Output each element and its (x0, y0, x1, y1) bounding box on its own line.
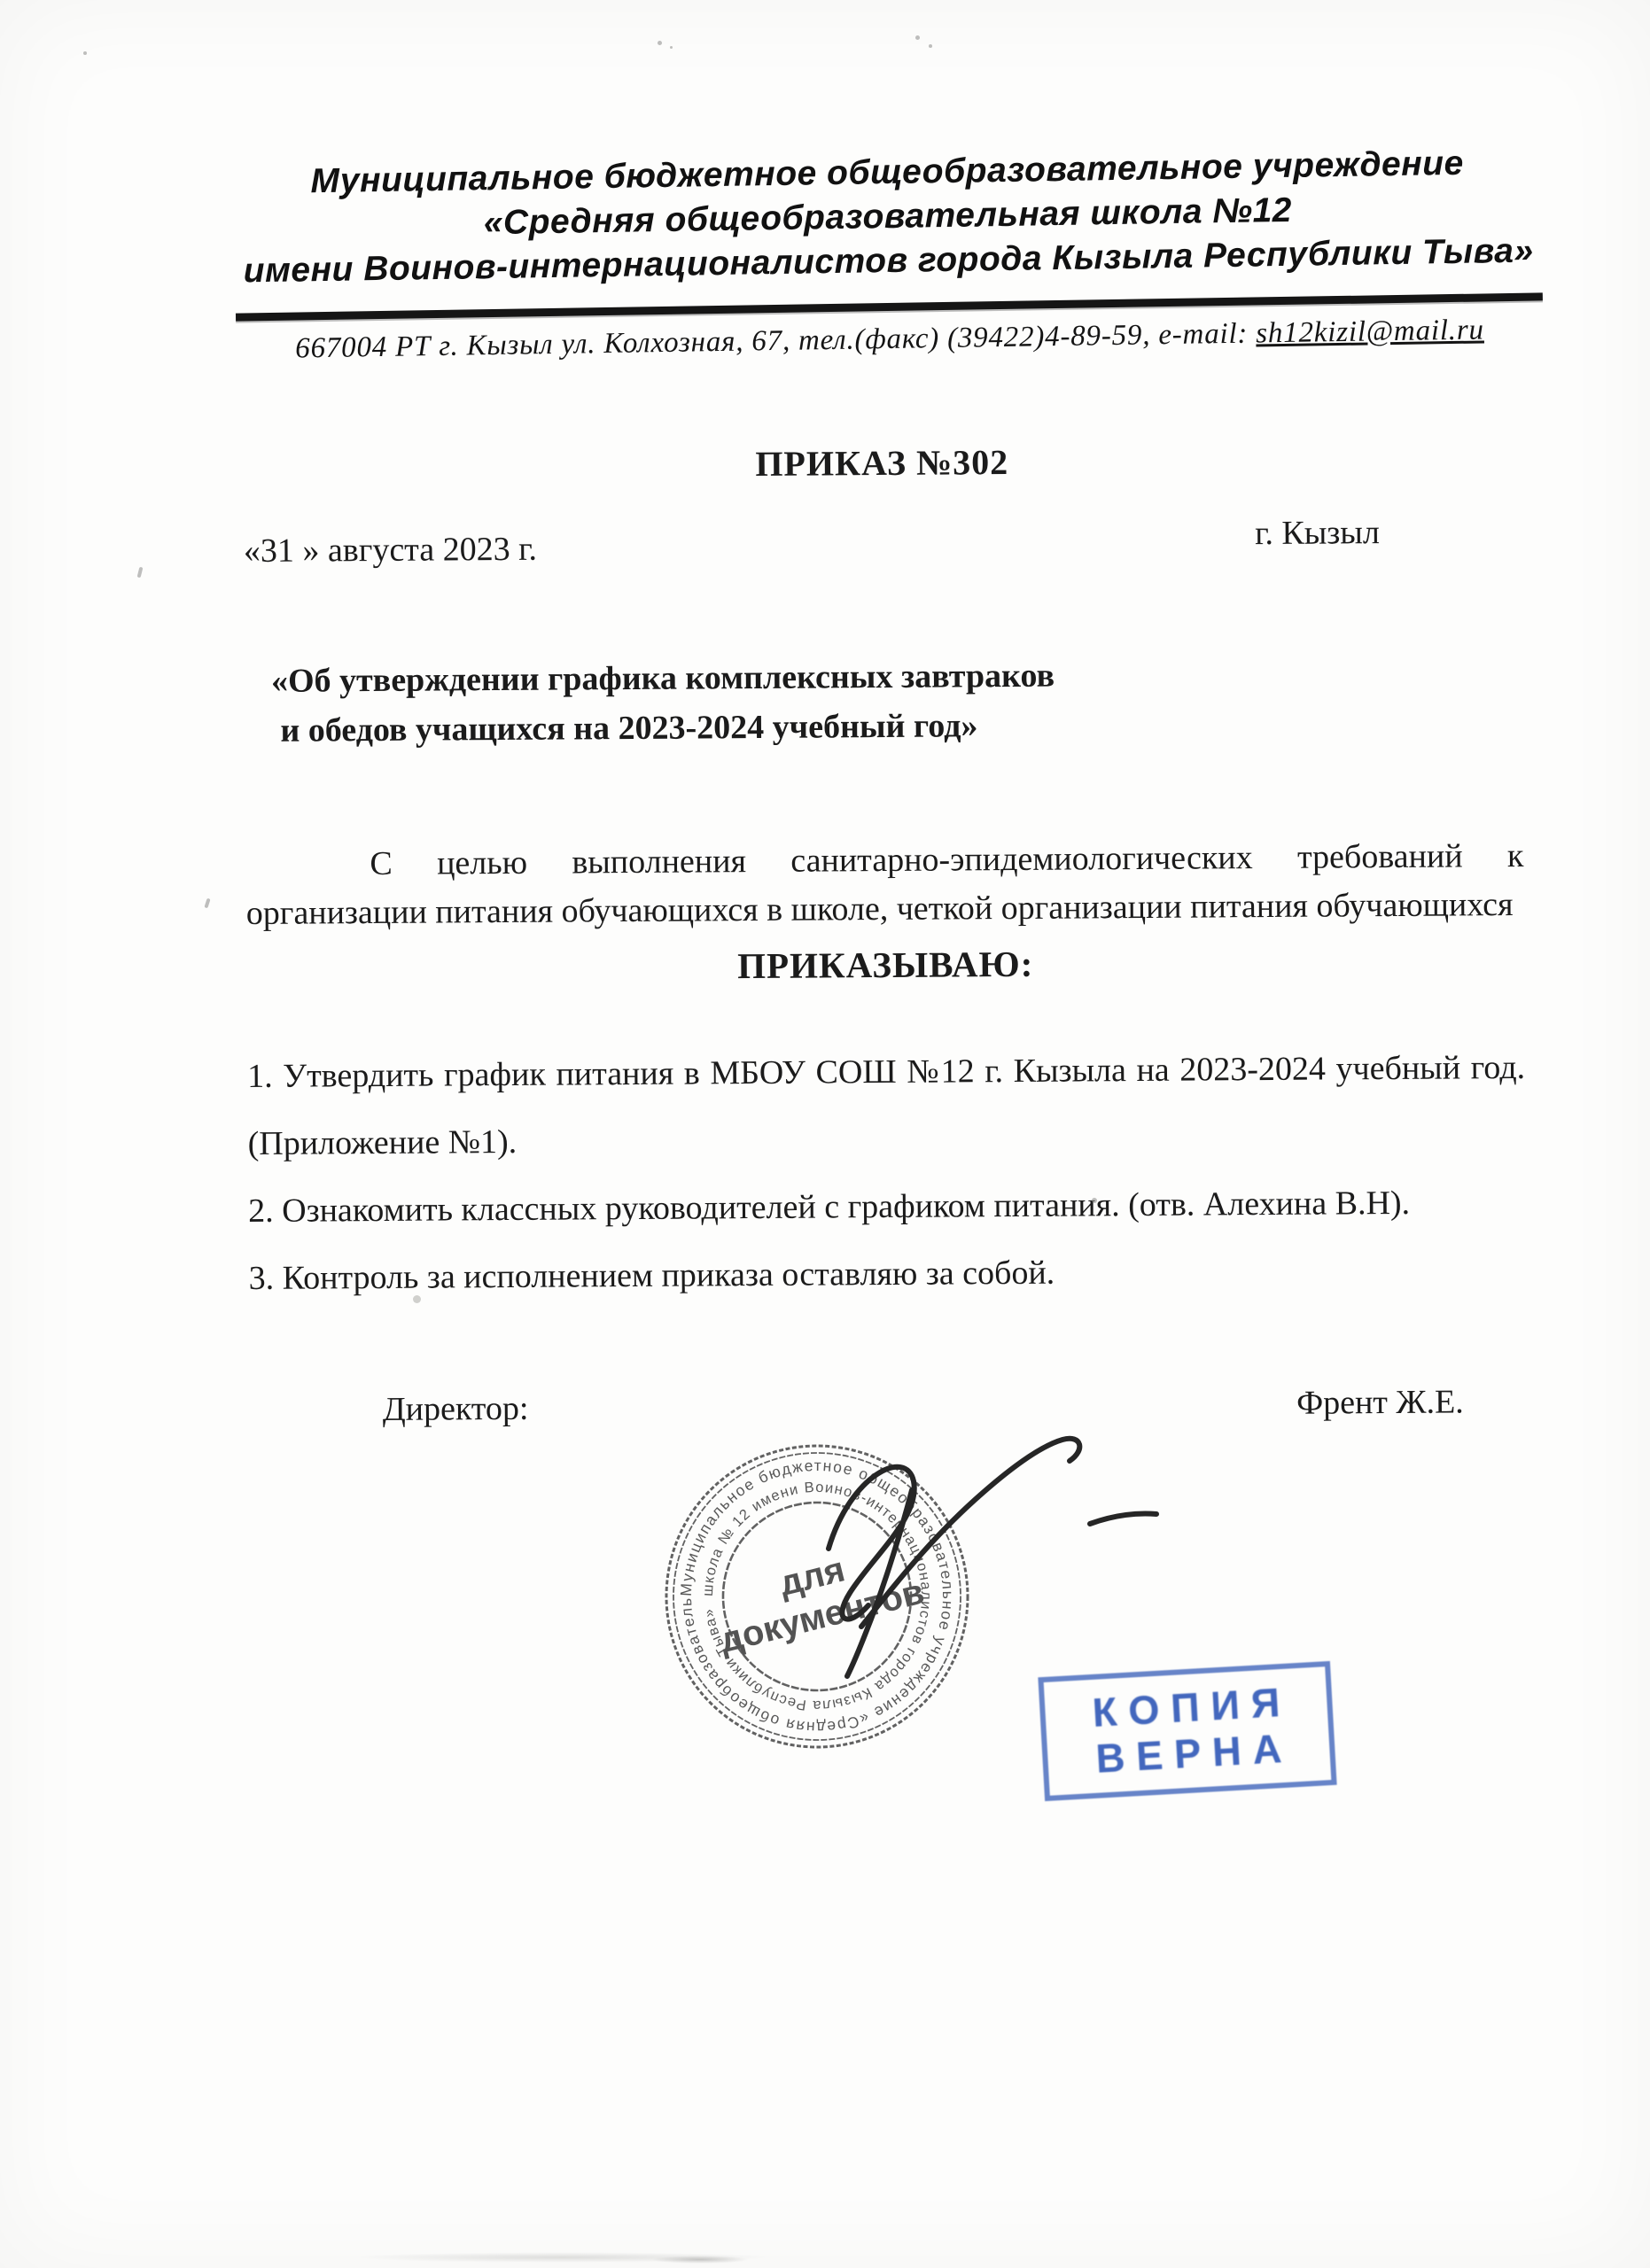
order-intro-paragraph: С целью выполнения санитарно-эпидемиолог… (245, 832, 1524, 938)
scan-artifact (413, 1295, 421, 1303)
org-address-text: 667004 РТ г. Кызыл ул. Колхозная, 67, те… (295, 317, 1257, 364)
order-item-1: 1. Утвердить график питания в МБОУ СОШ №… (247, 1034, 1526, 1177)
order-body: ПРИКАЗ №302 «31 » августа 2023 г. г. Кыз… (243, 437, 1528, 1431)
scan-artifact (1092, 1198, 1097, 1203)
order-title: ПРИКАЗ №302 (243, 437, 1521, 490)
copy-verna-stamp: КОПИЯ ВЕРНА (1038, 1661, 1336, 1801)
signature-role: Директор: (383, 1388, 529, 1430)
order-subject-line1: «Об утверждении графика комплексных завт… (271, 648, 1522, 706)
order-subject: «Об утверждении графика комплексных завт… (271, 648, 1523, 756)
handwritten-signature (829, 1439, 1156, 1676)
order-date: «31 » августа 2023 г. (244, 529, 537, 571)
letterhead: Муниципальное бюджетное общеобразователь… (233, 140, 1543, 367)
org-address: 667004 РТ г. Кызыл ул. Колхозная, 67, те… (236, 311, 1543, 367)
order-items: 1. Утвердить график питания в МБОУ СОШ №… (247, 1034, 1527, 1312)
scan-artifact (137, 567, 144, 579)
org-email: sh12kizil@mail.ru (1256, 314, 1484, 349)
scan-artifact (915, 35, 920, 40)
resolution-heading: ПРИКАЗЫВАЮ: (246, 938, 1524, 991)
scan-artifact (651, 2256, 749, 2264)
scan-artifact (83, 51, 87, 55)
scanned-order-page: Муниципальное бюджетное общеобразователь… (0, 0, 1650, 2268)
scan-artifact (658, 41, 662, 45)
order-item-2: 2. Ознакомить классных руководителей с г… (248, 1169, 1526, 1245)
scan-artifact (929, 44, 932, 48)
scan-artifact (204, 898, 210, 909)
signature-name: Френт Ж.Е. (1296, 1381, 1464, 1423)
date-city-row: «31 » августа 2023 г. г. Кызыл (244, 522, 1522, 571)
scan-artifact (670, 46, 673, 49)
order-subject-line2: и обедов учащихся на 2023-2024 учебный г… (280, 697, 1522, 756)
order-city: г. Кызыл (1255, 512, 1380, 554)
order-item-3: 3. Контроль за исполнением приказа остав… (248, 1236, 1526, 1312)
